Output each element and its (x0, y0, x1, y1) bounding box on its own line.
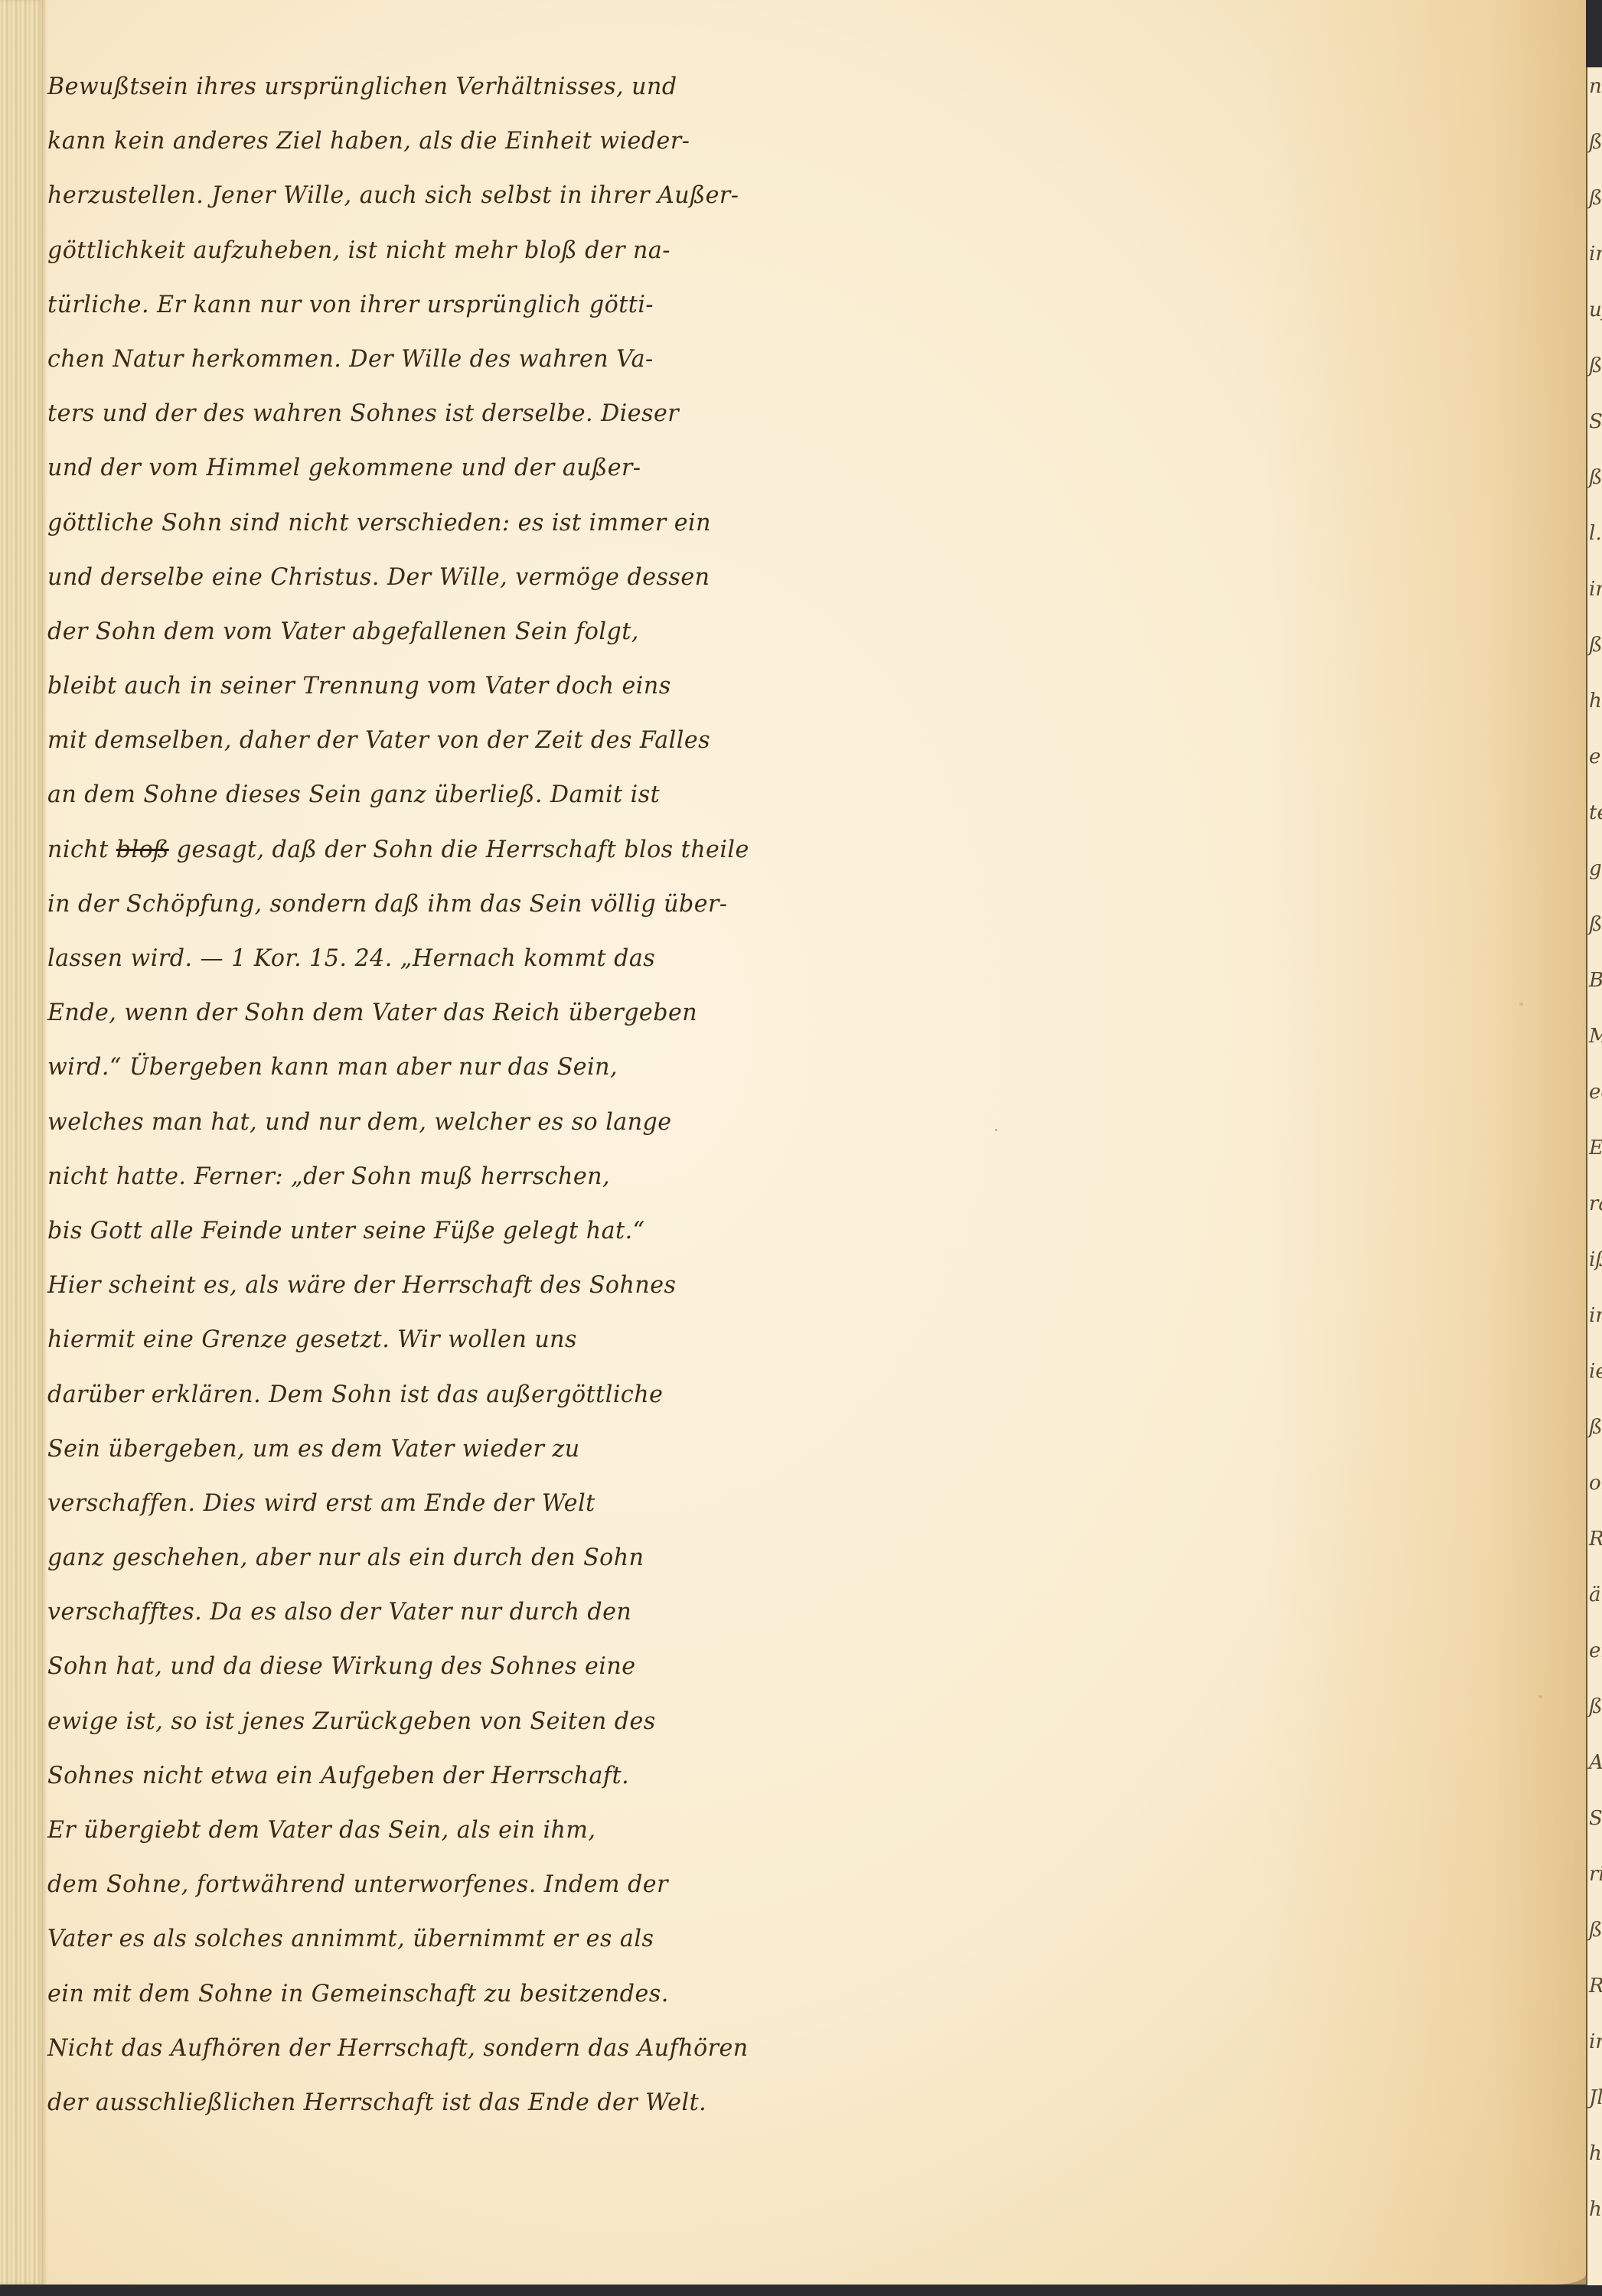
adjacent-page-text-fragment: Mun (1589, 1025, 1602, 1048)
handwritten-line: hiermit eine Grenze gesetzt. Wir wollen … (47, 1313, 856, 1367)
handwritten-line: ganz geschehen, aber nur als ein durch d… (47, 1531, 856, 1585)
handwritten-line: Sein übergeben, um es dem Vater wieder z… (47, 1422, 856, 1476)
adjacent-page-text-fragment: in wo (1589, 1304, 1602, 1327)
handwritten-line: und derselbe eine Christus. Der Wille, v… (47, 550, 856, 605)
adjacent-page-text-fragment: inho (1589, 2030, 1602, 2053)
struck-word: bloß (116, 836, 169, 863)
adjacent-page-text-fragment: ß Jene (1589, 131, 1602, 154)
handwritten-line: Ende, wenn der Sohn dem Vater das Reich … (47, 986, 856, 1040)
adjacent-page-text-fragment: äng (1589, 1583, 1602, 1606)
adjacent-page-text-fragment: ie Kü (1589, 1360, 1602, 1383)
handwritten-line: ewige ist, so ist jenes Zurückgeben von … (47, 1694, 856, 1749)
adjacent-page-text-fragment: nen ei (1589, 75, 1602, 98)
handwritten-line: Er übergiebt dem Vater das Sein, als ein… (47, 1803, 856, 1857)
handwritten-line: verschafftes. Da es also der Vater nur d… (47, 1585, 856, 1639)
handwritten-line: türliche. Er kann nur von ihrer ursprüng… (47, 278, 856, 332)
handwritten-line: göttlichkeit aufzuheben, ist nicht mehr … (47, 223, 856, 278)
adjacent-page-text-fragment: ergö (1589, 745, 1602, 768)
adjacent-page-edge: nen eiß Jeneß gebrine Freiuß dasß nurSch… (1586, 67, 1602, 2285)
handwritten-line: der Sohn dem vom Vater abgefallenen Sein… (47, 605, 856, 659)
handwritten-line: Hier scheint es, als wäre der Herrschaft… (47, 1258, 856, 1313)
adjacent-page-text-fragment: ei J (1589, 1639, 1602, 1662)
paper-speck (1538, 1695, 1542, 1698)
adjacent-page-text-fragment: Jläu (1589, 2086, 1602, 2109)
handwritten-line: Sohnes nicht etwa ein Aufgeben der Herrs… (47, 1749, 856, 1803)
handwritten-line: Bewußtsein ihres ursprünglichen Verhältn… (47, 60, 856, 114)
adjacent-page-text-fragment: ß dl (1589, 913, 1602, 936)
handwritten-line: kann kein anderes Ziel haben, als die Ei… (47, 114, 856, 168)
adjacent-page-text-fragment: ißer (1589, 1248, 1602, 1271)
handwritten-line: verschaffen. Dies wird erst am Ende der … (47, 1476, 856, 1531)
adjacent-page-text-fragment: he B (1589, 2142, 1602, 2165)
handwritten-line: welches man hat, und nur dem, welcher es… (47, 1095, 856, 1150)
adjacent-page-text-fragment: ra sin (1589, 1192, 1602, 1215)
adjacent-page-text-fragment: ß nur (1589, 354, 1602, 377)
adjacent-page-text-fragment: Es (1589, 1137, 1602, 1159)
adjacent-page-text-fragment: tes (1589, 801, 1602, 824)
adjacent-page-text-fragment: ine Frei (1589, 243, 1602, 266)
adjacent-page-text-fragment: Schöpf (1589, 410, 1602, 433)
adjacent-page-text-fragment: richt (1589, 1863, 1602, 1886)
adjacent-page-text-fragment: ßlig (1589, 466, 1602, 489)
handwritten-line: nicht hatte. Ferner: „der Sohn muß herrs… (47, 1150, 856, 1204)
adjacent-page-text-fragment: Reife (1589, 1975, 1602, 1998)
adjacent-page-text-fragment: ßen (1589, 1919, 1602, 1942)
manuscript-page: Bewußtsein ihres ursprünglichen Verhältn… (0, 0, 1586, 2285)
adjacent-page-text-fragment: eck (1589, 1081, 1602, 1104)
paper-speck (995, 1129, 997, 1131)
handwritten-text-block: Bewußtsein ihres ursprünglichen Verhältn… (47, 60, 882, 2130)
handwritten-line: in der Schöpfung, sondern daß ihm das Se… (47, 877, 856, 931)
handwritten-line: Nicht das Aufhören der Herrschaft, sonde… (47, 2021, 856, 2076)
handwritten-line: ein mit dem Sohne in Gemeinschaft zu bes… (47, 1967, 856, 2021)
adjacent-page-text-fragment: ol. (1589, 1472, 1602, 1495)
handwritten-line: an dem Sohne dieses Sein ganz überließ. … (47, 768, 856, 822)
adjacent-page-text-fragment: gehö (1589, 857, 1602, 880)
handwritten-line: göttliche Sohn sind nicht verschieden: e… (47, 496, 856, 550)
handwritten-line: dem Sohne, fortwährend unterworfenes. In… (47, 1857, 856, 1912)
manuscript-scan: Bewußtsein ihres ursprünglichen Verhältn… (0, 0, 1602, 2296)
adjacent-page-text-fragment: l. Es (1589, 522, 1602, 545)
adjacent-page-text-fragment: Sie (1589, 1807, 1602, 1830)
handwritten-line-with-strikethrough: nicht bloß gesagt, daß der Sohn die Herr… (47, 823, 856, 877)
handwritten-line: bleibt auch in seiner Trennung vom Vater… (47, 659, 856, 713)
adjacent-page-text-fragment: her g (1589, 690, 1602, 713)
paper-speck (1519, 1003, 1523, 1006)
page-edges-binding (0, 0, 43, 2285)
adjacent-page-text-fragment: Reil (1589, 1528, 1602, 1551)
adjacent-page-text-fragment: Alba (1589, 1751, 1602, 1774)
adjacent-page-text-fragment: uß das (1589, 298, 1602, 321)
handwritten-line: herzustellen. Jener Wille, auch sich sel… (47, 168, 856, 223)
adjacent-page-text-fragment: ß dies (1589, 634, 1602, 657)
handwritten-line: wird.“ Übergeben kann man aber nur das S… (47, 1040, 856, 1094)
handwritten-line: der ausschließlichen Herrschaft ist das … (47, 2076, 856, 2130)
handwritten-line: chen Natur herkommen. Der Wille des wahr… (47, 332, 856, 386)
adjacent-page-text-fragment: inen (1589, 578, 1602, 601)
handwritten-line: Sohn hat, und da diese Wirkung des Sohne… (47, 1639, 856, 1694)
adjacent-page-text-fragment: ß er (1589, 1416, 1602, 1439)
handwritten-line: und der vom Himmel gekommene und der auß… (47, 441, 856, 495)
handwritten-line: Vater es als solches annimmt, übernimmt … (47, 1912, 856, 1966)
handwritten-line: ters und der des wahren Sohnes ist derse… (47, 386, 856, 441)
handwritten-line: mit demselben, daher der Vater von der Z… (47, 713, 856, 768)
handwritten-line: bis Gott alle Feinde unter seine Füße ge… (47, 1204, 856, 1258)
adjacent-page-text-fragment: Bat (1589, 969, 1602, 992)
adjacent-page-text-fragment: hen (1589, 2198, 1602, 2221)
adjacent-page-text-fragment: ß un (1589, 1695, 1602, 1718)
handwritten-line-scripture-reference: lassen wird. — 1 Kor. 15. 24. „Hernach k… (47, 931, 856, 986)
adjacent-page-text-fragment: ß gebr (1589, 187, 1602, 210)
handwritten-line: darüber erklären. Dem Sohn ist das außer… (47, 1368, 856, 1422)
